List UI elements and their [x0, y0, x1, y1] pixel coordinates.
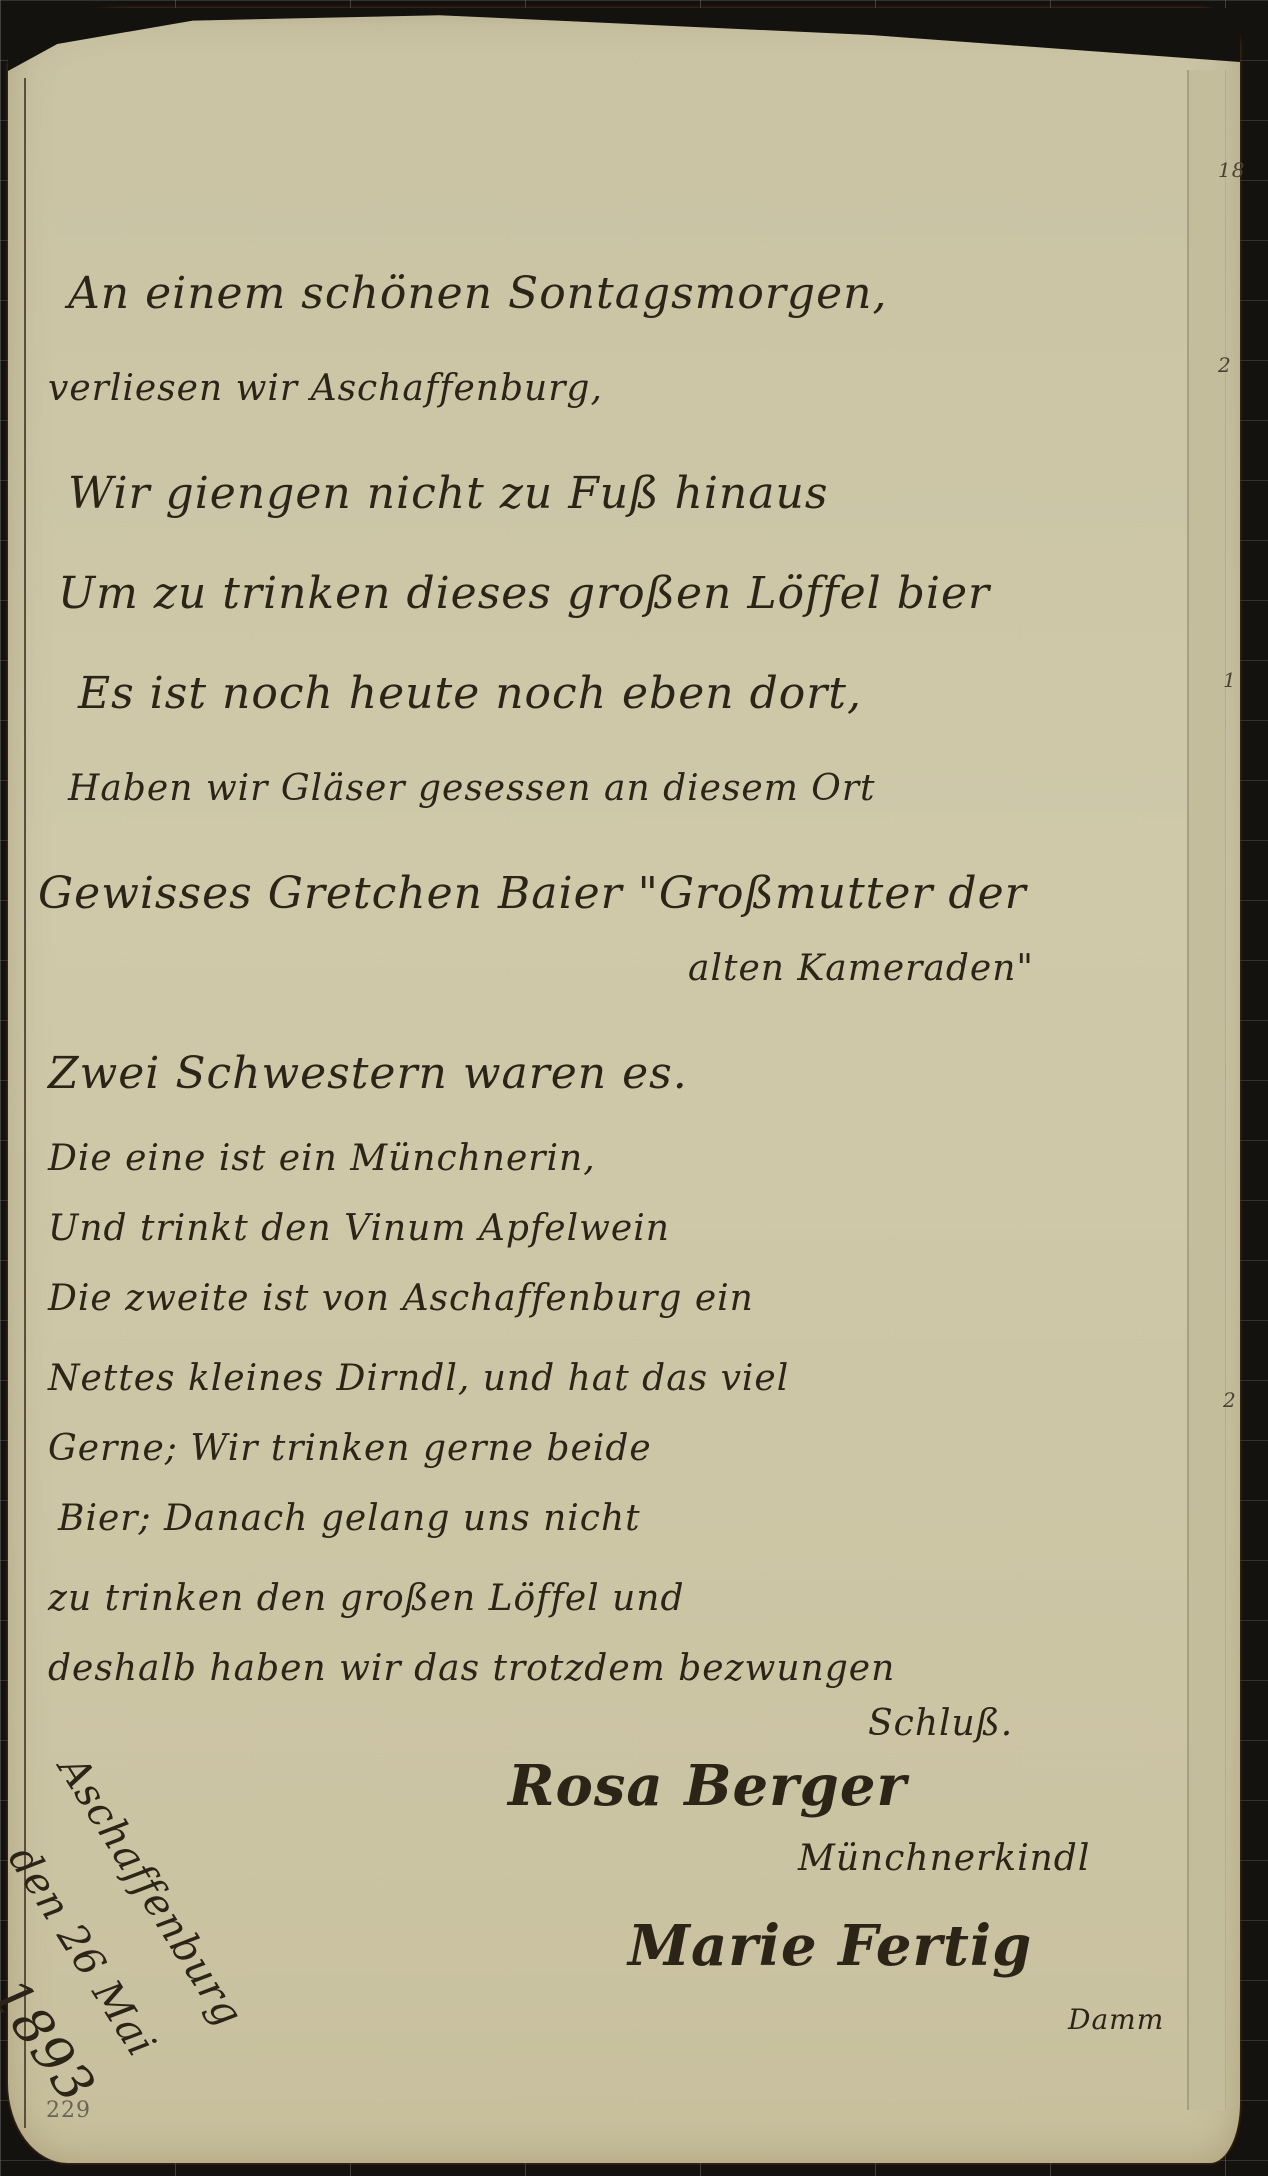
- poem-line-6: Haben wir Gläser gesessen an diesem Ort: [68, 768, 876, 809]
- poem-line-14: Gerne; Wir trinken gerne beide: [48, 1428, 652, 1469]
- poem-line-3: Wir giengen nicht zu Fuß hinaus: [68, 468, 828, 519]
- poem-line-8: alten Kameraden": [688, 948, 1034, 989]
- poem-line-5: Es ist noch heute noch eben dort,: [78, 668, 862, 719]
- pencil-page-number: 229: [46, 2098, 91, 2123]
- margin-mark-2: 2: [1218, 353, 1232, 377]
- poem-line-4: Um zu trinken dieses großen Löffel bier: [58, 568, 990, 619]
- poem-line-12: Die zweite ist von Aschaffenburg ein: [48, 1278, 754, 1319]
- poem-line-1: An einem schönen Sontagsmorgen,: [68, 268, 887, 319]
- poem-line-10: Die eine ist ein Münchnerin,: [48, 1138, 596, 1179]
- poem-line-7: Gewisses Gretchen Baier "Großmutter der: [38, 868, 1027, 919]
- signature-note-muenchnerkindl: Münchnerkindl: [798, 1838, 1090, 1879]
- signature-marie-fertig: Marie Fertig: [628, 1913, 1032, 1979]
- signature-note-damm: Damm: [1068, 2003, 1164, 2036]
- page-top-curl: [8, 8, 1240, 98]
- poem-line-15: Bier; Danach gelang uns nicht: [58, 1498, 641, 1539]
- poem-line-13: Nettes kleines Dirndl, und hat das viel: [48, 1358, 789, 1399]
- poem-line-9: Zwei Schwestern waren es.: [48, 1048, 688, 1099]
- poem-line-16: zu trinken den großen Löffel und: [48, 1578, 685, 1619]
- margin-mark-4: 2: [1223, 1388, 1237, 1412]
- poem-line-11: Und trinkt den Vinum Apfelwein: [48, 1208, 670, 1249]
- poem-line-2: verliesen wir Aschaffenburg,: [48, 368, 603, 409]
- left-binding-edge: [14, 78, 26, 2128]
- poem-line-closing: Schluß.: [868, 1703, 1013, 1744]
- margin-mark-3: 1: [1223, 668, 1237, 692]
- album-page: An einem schönen Sontagsmorgen, verliese…: [8, 8, 1240, 2163]
- poem-line-17: deshalb haben wir das trotzdem bezwungen: [48, 1648, 895, 1689]
- margin-mark-1: 18: [1218, 158, 1245, 182]
- signature-rosa-berger: Rosa Berger: [508, 1753, 907, 1819]
